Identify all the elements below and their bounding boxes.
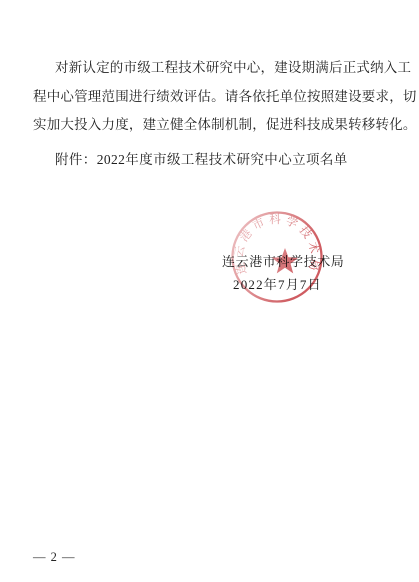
page-number: — 2 — xyxy=(33,550,76,565)
paragraph-line: 对新认定的市级工程技术研究中心，建设期满后正式纳入工 xyxy=(33,54,392,83)
body-text: 对新认定的市级工程技术研究中心，建设期满后正式纳入工 程中心管理范围进行绩效评估… xyxy=(33,54,392,174)
document-page: 对新认定的市级工程技术研究中心，建设期满后正式纳入工 程中心管理范围进行绩效评估… xyxy=(0,0,419,582)
star-icon xyxy=(272,248,299,273)
seal-arc-text: 连云港市科学技术局 xyxy=(232,212,322,276)
official-seal: 连云港市科学技术局 xyxy=(230,210,324,304)
paragraph-line: 程中心管理范围进行绩效评估。请各依托单位按照建设要求，切 xyxy=(33,83,392,112)
paragraph-line: 实加大投入力度，建立健全体制机制，促进科技成果转移转化。 xyxy=(33,111,392,140)
attachment-line: 附件：2022年度市级工程技术研究中心立项名单 xyxy=(33,146,392,175)
